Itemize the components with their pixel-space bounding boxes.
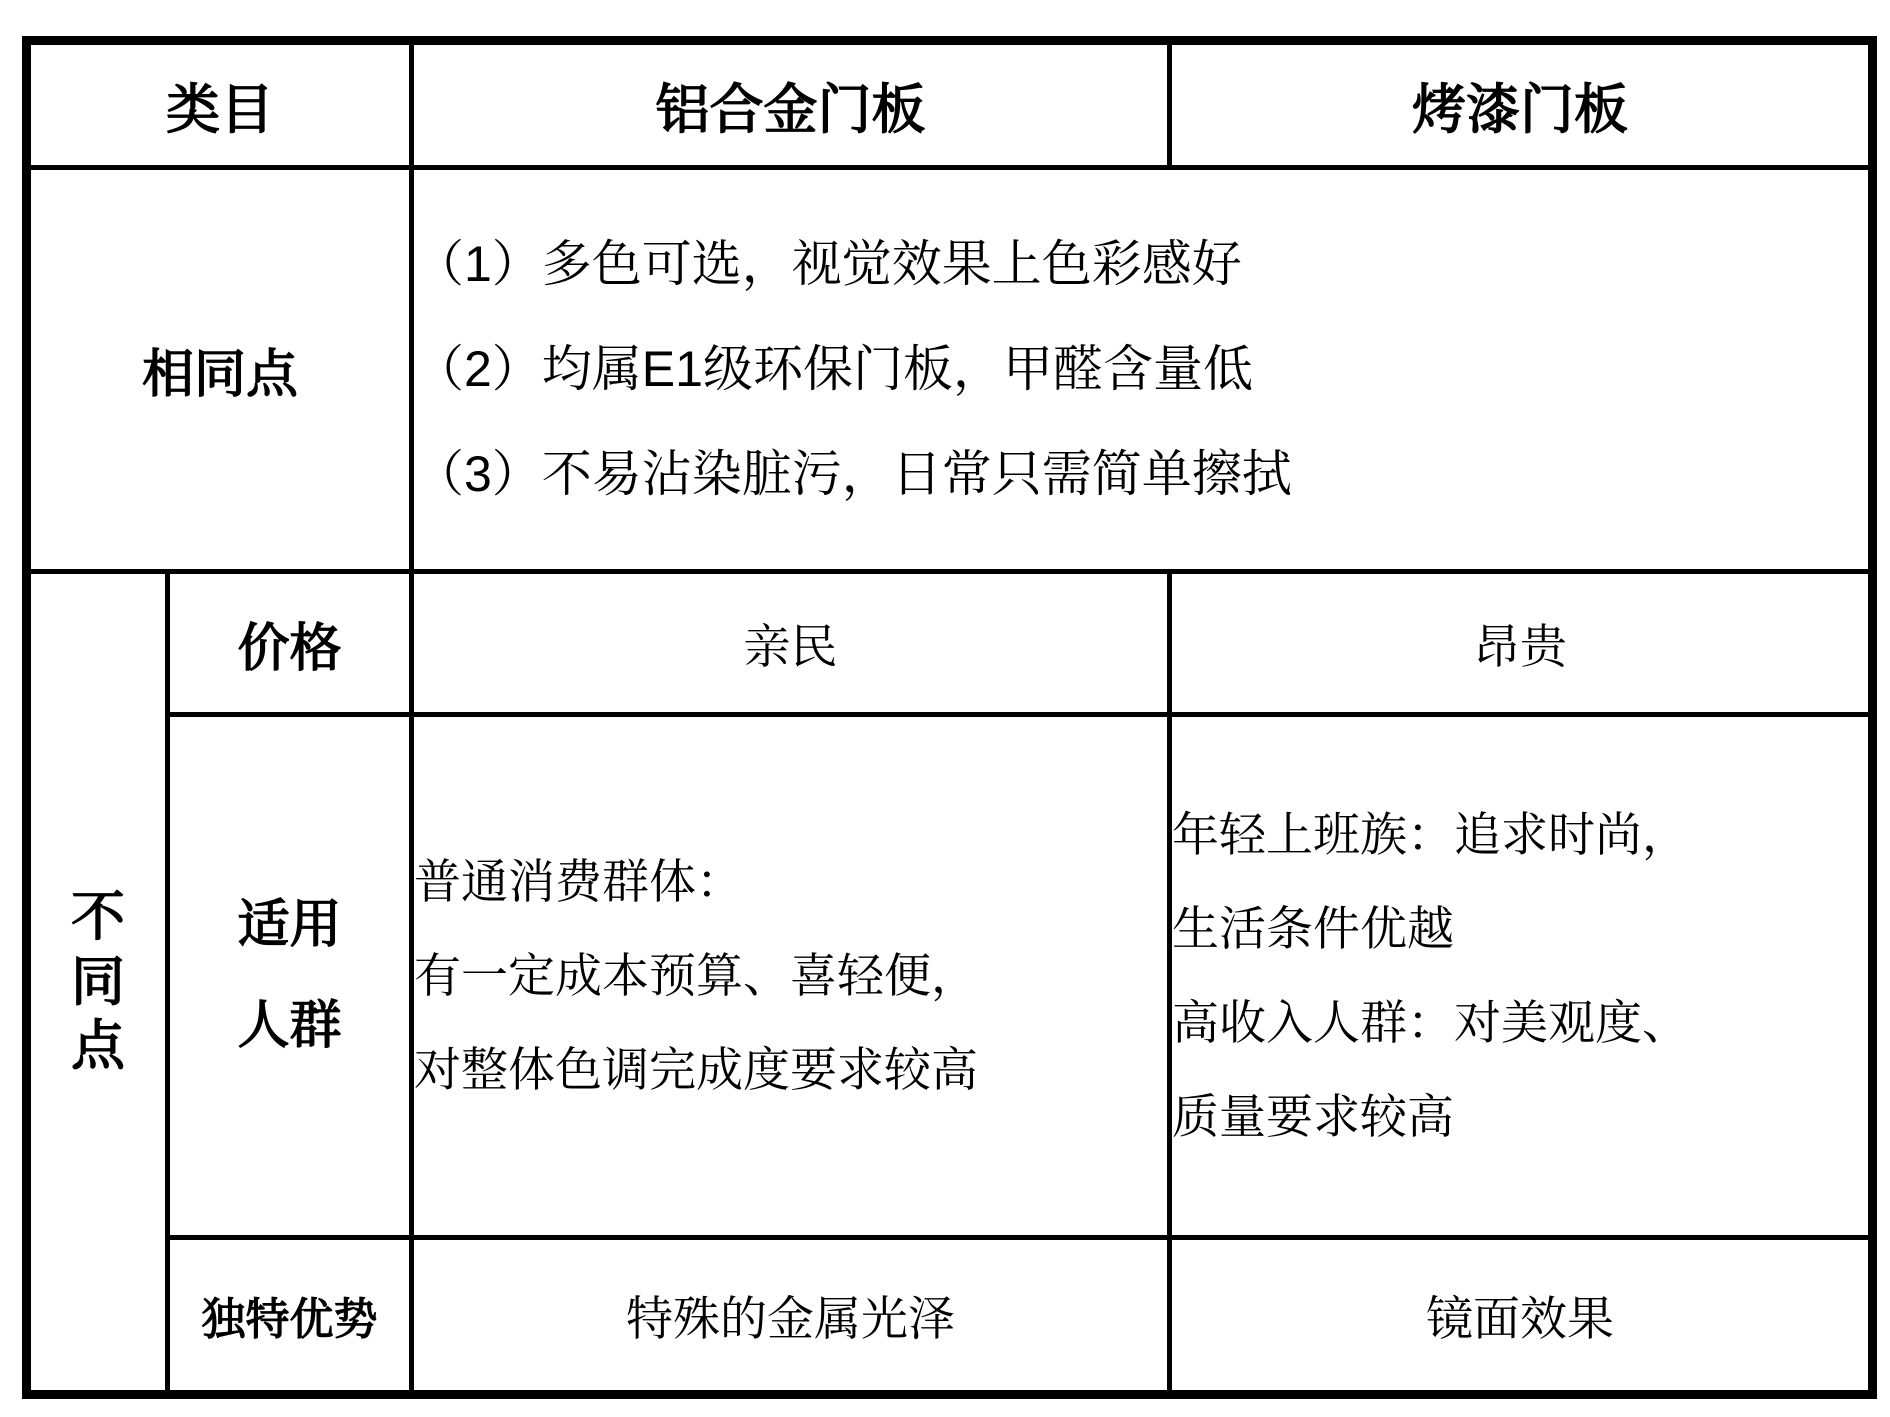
price-lacquer-cell: 昂贵 — [1170, 572, 1873, 715]
header-lacquer-cell: 烤漆门板 — [1170, 41, 1873, 168]
audience-lacquer-cell: 年轻上班族：追求时尚， 生活条件优越 高收入人群：对美观度、 质量要求较高 — [1170, 715, 1873, 1238]
similarity-item-3: （3）不易沾染脏污，日常只需简单擦拭 — [414, 422, 1868, 527]
similarities-row: 相同点 （1）多色可选，视觉效果上色彩感好 （2）均属E1级环保门板，甲醛含量低… — [27, 168, 1873, 572]
table-header-row: 类目 铝合金门板 烤漆门板 — [27, 41, 1873, 168]
similarities-label-cell: 相同点 — [27, 168, 412, 572]
advantage-row: 独特优势 特殊的金属光泽 镜面效果 — [27, 1238, 1873, 1395]
audience-row: 适用 人群 普通消费群体： 有一定成本预算、喜轻便， 对整体色调完成度要求较高 … — [27, 715, 1873, 1238]
advantage-label-cell: 独特优势 — [168, 1238, 412, 1395]
audience-aluminum-cell: 普通消费群体： 有一定成本预算、喜轻便， 对整体色调完成度要求较高 — [412, 715, 1170, 1238]
advantage-lacquer-cell: 镜面效果 — [1170, 1238, 1873, 1395]
header-aluminum-cell: 铝合金门板 — [412, 41, 1170, 168]
header-category-cell: 类目 — [27, 41, 412, 168]
similarity-item-1: （1）多色可选，视觉效果上色彩感好 — [414, 212, 1868, 317]
price-label-cell: 价格 — [168, 572, 412, 715]
advantage-aluminum-cell: 特殊的金属光泽 — [412, 1238, 1170, 1395]
comparison-table: 类目 铝合金门板 烤漆门板 相同点 （1）多色可选，视觉效果上色彩感好 （2）均… — [22, 36, 1877, 1399]
price-row: 不同点 价格 亲民 昂贵 — [27, 572, 1873, 715]
price-aluminum-cell: 亲民 — [412, 572, 1170, 715]
similarity-item-2: （2）均属E1级环保门板，甲醛含量低 — [414, 317, 1868, 422]
similarities-content-cell: （1）多色可选，视觉效果上色彩感好 （2）均属E1级环保门板，甲醛含量低 （3）… — [412, 168, 1873, 572]
page: 类目 铝合金门板 烤漆门板 相同点 （1）多色可选，视觉效果上色彩感好 （2）均… — [0, 0, 1890, 1417]
differences-label-cell: 不同点 — [27, 572, 168, 1395]
differences-label: 不同点 — [67, 885, 129, 1079]
audience-label-cell: 适用 人群 — [168, 715, 412, 1238]
